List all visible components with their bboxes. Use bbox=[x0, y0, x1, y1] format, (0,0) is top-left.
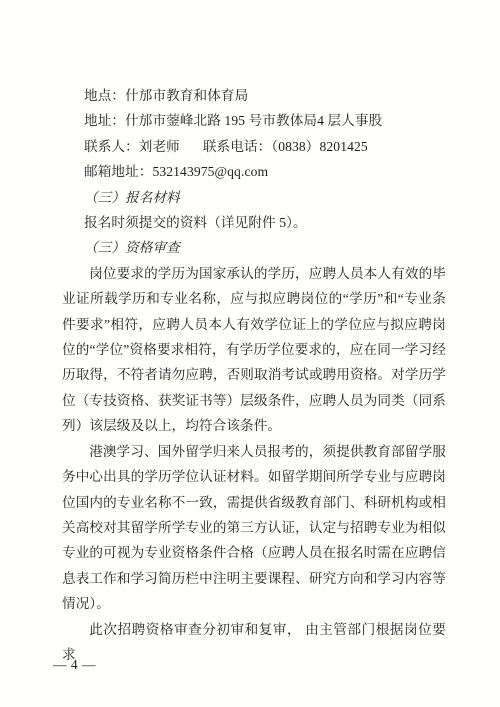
section-heading-application-materials: （三）报名材料 bbox=[62, 185, 446, 210]
page-number: — 4 — bbox=[53, 652, 96, 677]
content-area: 地点：什邡市教育和体育局 地址：什邡市蓥峰北路 195 号市教体局4 层人事股 … bbox=[62, 83, 446, 667]
paragraph-application-materials: 报名时须提交的资料（详见附件 5）。 bbox=[62, 210, 446, 235]
address-line: 地址：什邡市蓥峰北路 195 号市教体局4 层人事股 bbox=[62, 108, 446, 133]
contact-row: 联系人：刘老师联系电话：（0838）8201425 bbox=[62, 134, 446, 159]
section-heading-qualification-review: （三）资格审查 bbox=[62, 235, 446, 260]
paragraph-qualification-requirements: 岗位要求的学历为国家承认的学历，应聘人员本人有效的毕业证所载学历和专业名称，应与… bbox=[62, 261, 446, 439]
contact-person: 联系人：刘老师 bbox=[84, 139, 180, 154]
document-page: 地点：什邡市教育和体育局 地址：什邡市蓥峰北路 195 号市教体局4 层人事股 … bbox=[0, 0, 500, 707]
email-line: 邮箱地址：532143975@qq.com bbox=[62, 159, 446, 184]
contact-phone: 联系电话：（0838）8201425 bbox=[203, 139, 368, 154]
location-line: 地点：什邡市教育和体育局 bbox=[62, 83, 446, 108]
paragraph-review-procedure: 此次招聘资格审查分初审和复审， 由主管部门根据岗位要求 bbox=[62, 617, 446, 668]
paragraph-overseas-students: 港澳学习、国外留学归来人员报考的，须提供教育部留学服务中心出具的学历学位认证材料… bbox=[62, 439, 446, 617]
